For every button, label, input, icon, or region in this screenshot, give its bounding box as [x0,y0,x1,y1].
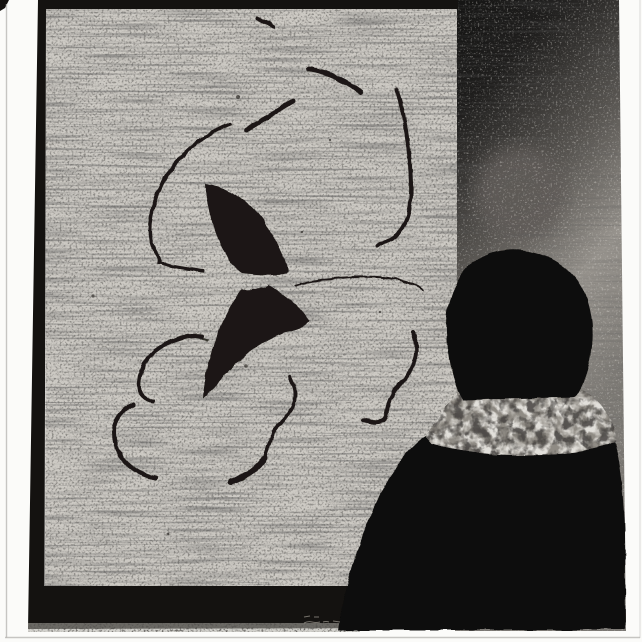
newspaper-photo-page [0,0,642,642]
halftone-photograph [0,0,642,642]
torn-bottom-edge [28,623,360,632]
